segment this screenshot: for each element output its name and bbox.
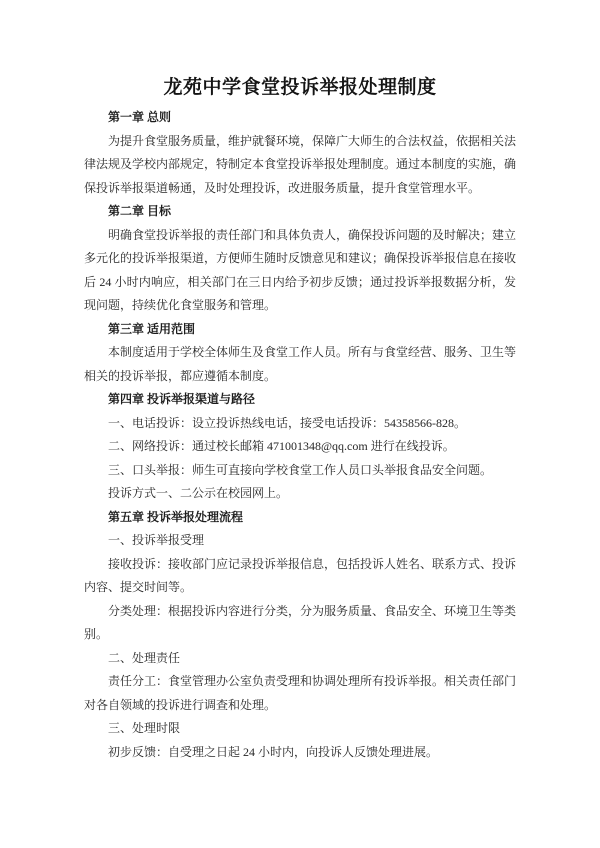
chapter-3-heading: 第三章 适用范围	[84, 318, 516, 342]
document-body: 第一章 总则 为提升食堂服务质量，维护就餐环境，保障广大师生的合法权益，依据相关…	[84, 106, 516, 764]
chapter-4-note: 投诉方式一、二公示在校园网上。	[84, 482, 516, 506]
chapter-4-heading: 第四章 投诉举报渠道与路径	[84, 388, 516, 412]
chapter-4-item-online: 二、网络投诉：通过校长邮箱 471001348@qq.com 进行在线投诉。	[84, 435, 516, 459]
chapter-5-paragraph-feedback: 初步反馈：自受理之日起 24 小时内，向投诉人反馈处理进展。	[84, 741, 516, 765]
chapter-5-subheading-timelimit: 三、处理时限	[84, 717, 516, 741]
chapter-5-paragraph-receive: 接收投诉：接收部门应记录投诉举报信息，包括投诉人姓名、联系方式、投诉内容、提交时…	[84, 553, 516, 600]
chapter-3-paragraph: 本制度适用于学校全体师生及食堂工作人员。所有与食堂经营、服务、卫生等相关的投诉举…	[84, 341, 516, 388]
chapter-5-paragraph-classify: 分类处理：根据投诉内容进行分类，分为服务质量、食品安全、环境卫生等类别。	[84, 600, 516, 647]
chapter-1-heading: 第一章 总则	[84, 106, 516, 130]
chapter-4-item-phone: 一、电话投诉：设立投诉热线电话，接受电话投诉：54358566-828。	[84, 412, 516, 436]
chapter-2-paragraph: 明确食堂投诉举报的责任部门和具体负责人，确保投诉问题的及时解决；建立多元化的投诉…	[84, 224, 516, 318]
document-page: 龙苑中学食堂投诉举报处理制度 第一章 总则 为提升食堂服务质量，维护就餐环境，保…	[0, 0, 600, 848]
chapter-1-paragraph: 为提升食堂服务质量，维护就餐环境，保障广大师生的合法权益，依据相关法律法规及学校…	[84, 130, 516, 201]
chapter-5-subheading-responsibility: 二、处理责任	[84, 647, 516, 671]
chapter-5-paragraph-division: 责任分工：食堂管理办公室负责受理和协调处理所有投诉举报。相关责任部门对各自领域的…	[84, 670, 516, 717]
document-title: 龙苑中学食堂投诉举报处理制度	[0, 0, 600, 100]
chapter-2-heading: 第二章 目标	[84, 200, 516, 224]
chapter-5-subheading-acceptance: 一、投诉举报受理	[84, 529, 516, 553]
chapter-4-item-verbal: 三、口头举报：师生可直接向学校食堂工作人员口头举报食品安全问题。	[84, 459, 516, 483]
chapter-5-heading: 第五章 投诉举报处理流程	[84, 506, 516, 530]
